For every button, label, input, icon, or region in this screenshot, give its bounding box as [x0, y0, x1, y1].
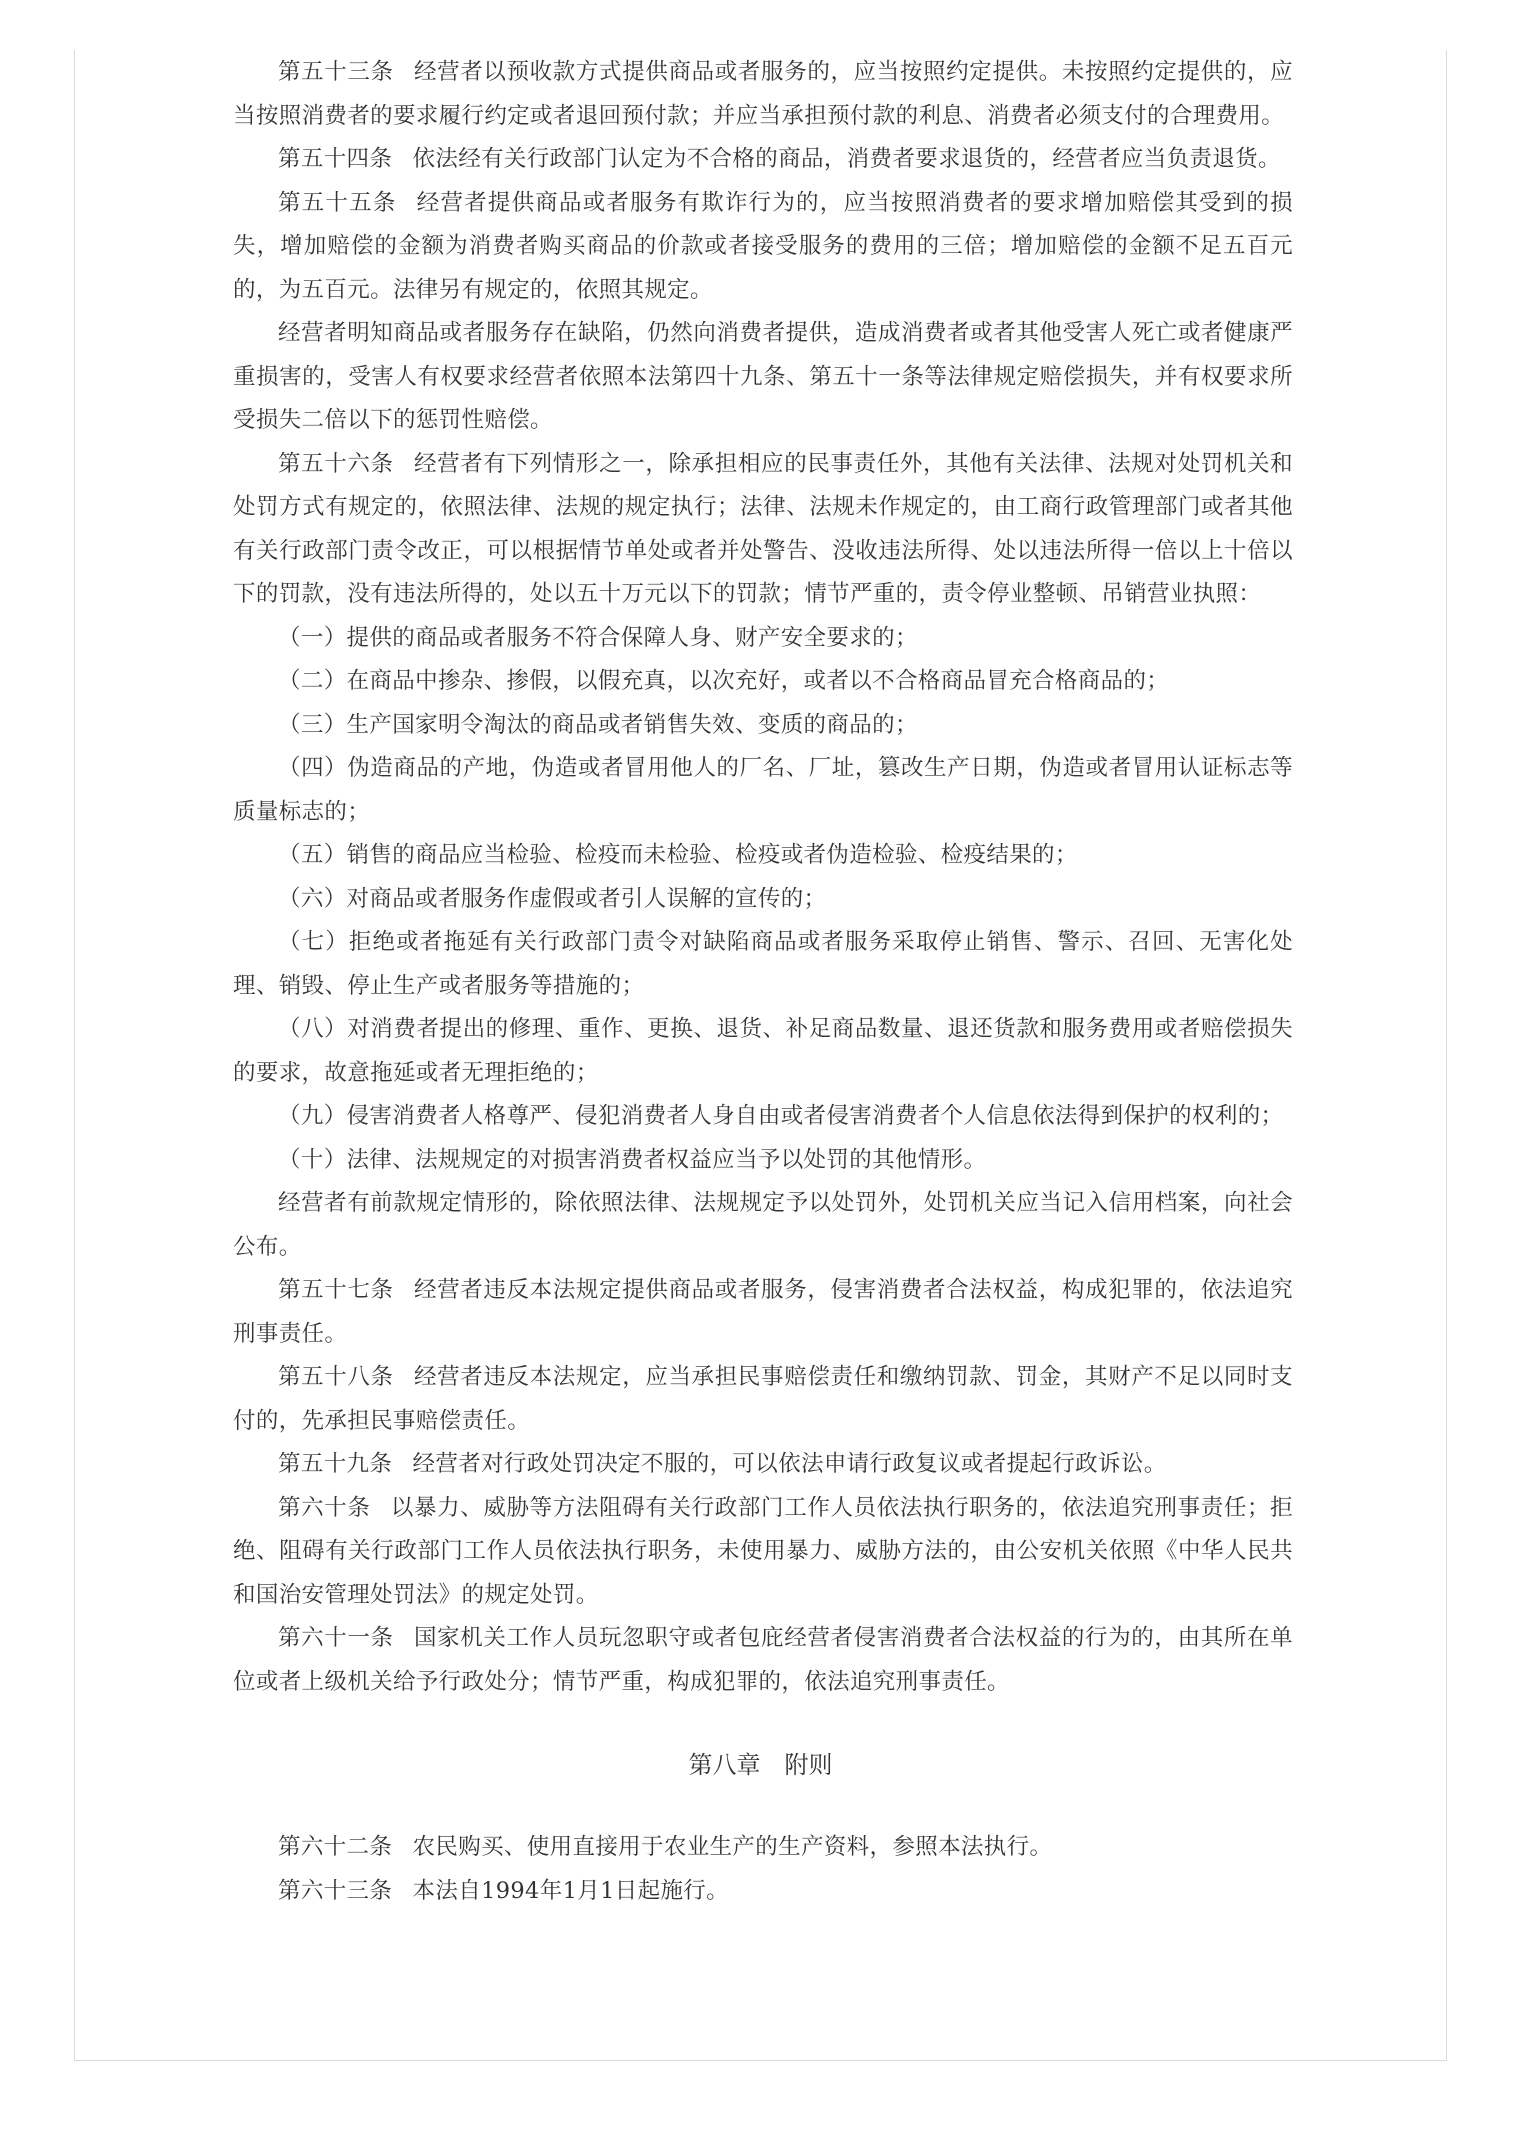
article-62: 第六十二条农民购买、使用直接用于农业生产的生产资料，参照本法执行。 — [233, 1825, 1293, 1869]
article-number: 第六十三条 — [278, 1878, 392, 1904]
article-number: 第五十三条 — [278, 59, 394, 85]
item-text: （三）生产国家明令淘汰的商品或者销售失效、变质的商品的； — [278, 712, 918, 738]
article-61: 第六十一条国家机关工作人员玩忽职守或者包庇经营者侵害消费者合法权益的行为的，由其… — [233, 1617, 1293, 1704]
article-number: 第五十五条 — [278, 190, 397, 216]
article-54: 第五十四条依法经有关行政部门认定为不合格的商品，消费者要求退货的，经营者应当负责… — [233, 138, 1293, 182]
item-text: （九）侵害消费者人格尊严、侵犯消费者人身自由或者侵害消费者个人信息依法得到保护的… — [278, 1103, 1283, 1129]
article-56: 第五十六条经营者有下列情形之一，除承担相应的民事责任外，其他有关法律、法规对处罚… — [233, 443, 1293, 617]
article-56-item-10: （十）法律、法规规定的对损害消费者权益应当予以处罚的其他情形。 — [233, 1139, 1293, 1183]
article-text: 本法自1994年1月1日起施行。 — [413, 1878, 730, 1904]
item-text: （四）伪造商品的产地，伪造或者冒用他人的厂名、厂址，篡改生产日期，伪造或者冒用认… — [233, 755, 1293, 825]
item-text: （十）法律、法规规定的对损害消费者权益应当予以处罚的其他情形。 — [278, 1147, 986, 1173]
article-text: 经营者对行政处罚决定不服的，可以依法申请行政复议或者提起行政诉讼。 — [413, 1451, 1167, 1477]
article-number: 第五十四条 — [278, 146, 392, 172]
article-number: 第六十条 — [278, 1495, 371, 1521]
chapter-heading: 第八章附则 — [74, 1745, 1447, 1785]
article-number: 第五十六条 — [278, 451, 394, 477]
chapter-title: 附则 — [785, 1751, 833, 1779]
article-text: 依法经有关行政部门认定为不合格的商品，消费者要求退货的，经营者应当负责退货。 — [413, 146, 1281, 172]
article-56-item-2: （二）在商品中掺杂、掺假，以假充真，以次充好，或者以不合格商品冒充合格商品的； — [233, 660, 1293, 704]
article-56-paragraph-2: 经营者有前款规定情形的，除依照法律、法规规定予以处罚外，处罚机关应当记入信用档案… — [233, 1182, 1293, 1269]
article-56-item-3: （三）生产国家明令淘汰的商品或者销售失效、变质的商品的； — [233, 704, 1293, 748]
item-text: （五）销售的商品应当检验、检疫而未检验、检疫或者伪造检验、检疫结果的； — [278, 842, 1078, 868]
chapter-number: 第八章 — [689, 1751, 761, 1779]
appendix-body: 第六十二条农民购买、使用直接用于农业生产的生产资料，参照本法执行。 第六十三条本… — [233, 1825, 1293, 1913]
article-number: 第五十八条 — [278, 1364, 394, 1390]
article-55: 第五十五条经营者提供商品或者服务有欺诈行为的，应当按照消费者的要求增加赔偿其受到… — [233, 182, 1293, 313]
article-56-item-1: （一）提供的商品或者服务不符合保障人身、财产安全要求的； — [233, 617, 1293, 661]
paragraph-text: 经营者有前款规定情形的，除依照法律、法规规定予以处罚外，处罚机关应当记入信用档案… — [233, 1190, 1293, 1260]
article-text: 以暴力、威胁等方法阻碍有关行政部门工作人员依法执行职务的，依法追究刑事责任；拒绝… — [233, 1495, 1293, 1608]
article-53: 第五十三条经营者以预收款方式提供商品或者服务的，应当按照约定提供。未按照约定提供… — [233, 51, 1293, 138]
item-text: （二）在商品中掺杂、掺假，以假充真，以次充好，或者以不合格商品冒充合格商品的； — [278, 668, 1169, 694]
article-56-item-8: （八）对消费者提出的修理、重作、更换、退货、补足商品数量、退还货款和服务费用或者… — [233, 1008, 1293, 1095]
article-58: 第五十八条经营者违反本法规定，应当承担民事赔偿责任和缴纳罚款、罚金，其财产不足以… — [233, 1356, 1293, 1443]
article-56-item-4: （四）伪造商品的产地，伪造或者冒用他人的厂名、厂址，篡改生产日期，伪造或者冒用认… — [233, 747, 1293, 834]
article-number: 第六十二条 — [278, 1834, 392, 1860]
item-text: （八）对消费者提出的修理、重作、更换、退货、补足商品数量、退还货款和服务费用或者… — [233, 1016, 1293, 1086]
item-text: （一）提供的商品或者服务不符合保障人身、财产安全要求的； — [278, 625, 918, 651]
article-number: 第五十九条 — [278, 1451, 392, 1477]
paragraph-text: 经营者明知商品或者服务存在缺陷，仍然向消费者提供，造成消费者或者其他受害人死亡或… — [233, 320, 1293, 433]
article-number: 第五十七条 — [278, 1277, 394, 1303]
article-57: 第五十七条经营者违反本法规定提供商品或者服务，侵害消费者合法权益，构成犯罪的，依… — [233, 1269, 1293, 1356]
article-number: 第六十一条 — [278, 1625, 394, 1651]
document-body: 第五十三条经营者以预收款方式提供商品或者服务的，应当按照约定提供。未按照约定提供… — [233, 51, 1293, 1704]
item-text: （七）拒绝或者拖延有关行政部门责令对缺陷商品或者服务采取停止销售、警示、召回、无… — [233, 929, 1293, 999]
article-56-item-5: （五）销售的商品应当检验、检疫而未检验、检疫或者伪造检验、检疫结果的； — [233, 834, 1293, 878]
article-63: 第六十三条本法自1994年1月1日起施行。 — [233, 1869, 1293, 1913]
article-56-item-9: （九）侵害消费者人格尊严、侵犯消费者人身自由或者侵害消费者个人信息依法得到保护的… — [233, 1095, 1293, 1139]
article-text: 农民购买、使用直接用于农业生产的生产资料，参照本法执行。 — [413, 1834, 1053, 1860]
article-56-item-7: （七）拒绝或者拖延有关行政部门责令对缺陷商品或者服务采取停止销售、警示、召回、无… — [233, 921, 1293, 1008]
article-55-paragraph-2: 经营者明知商品或者服务存在缺陷，仍然向消费者提供，造成消费者或者其他受害人死亡或… — [233, 312, 1293, 443]
item-text: （六）对商品或者服务作虚假或者引人误解的宣传的； — [278, 886, 826, 912]
article-56-item-6: （六）对商品或者服务作虚假或者引人误解的宣传的； — [233, 878, 1293, 922]
article-59: 第五十九条经营者对行政处罚决定不服的，可以依法申请行政复议或者提起行政诉讼。 — [233, 1443, 1293, 1487]
article-60: 第六十条以暴力、威胁等方法阻碍有关行政部门工作人员依法执行职务的，依法追究刑事责… — [233, 1487, 1293, 1618]
